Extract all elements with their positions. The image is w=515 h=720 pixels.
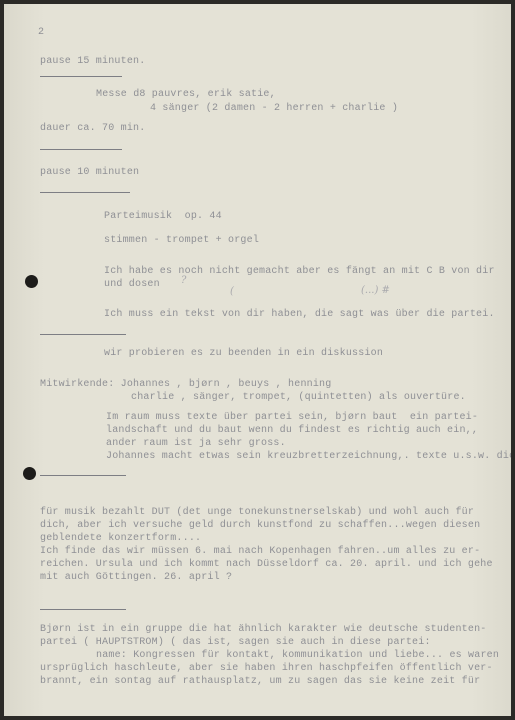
text-line: landschaft und du baut wenn du findest e… xyxy=(106,425,478,437)
text-line: Ich muss ein tekst von dir haben, die sa… xyxy=(104,309,495,321)
text-line: reichen. Ursula und ich kommt nach Düsse… xyxy=(40,559,493,571)
divider xyxy=(40,609,126,610)
text-line: Parteimusik op. 44 xyxy=(104,211,222,223)
divider xyxy=(40,475,126,476)
text-line: ursprüglich haschleute, aber sie haben i… xyxy=(40,663,493,675)
text-line: Im raum muss texte über partei sein, bjø… xyxy=(106,412,478,424)
text-line: Messe d8 pauvres, erik satie, xyxy=(96,89,276,101)
text-line: stimmen - trompet + orgel xyxy=(104,235,259,247)
text-line: name: Kongressen für kontakt, kommunikat… xyxy=(96,650,499,662)
text-line: partei ( HAUPTSTROM) ( das ist, sagen si… xyxy=(40,637,431,649)
text-line: Ich habe es noch nicht gemacht aber es f… xyxy=(104,266,495,278)
text-line: Mitwirkende: Johannes , bjørn , beuys , … xyxy=(40,379,331,391)
text-line: dich, aber ich versuche geld durch kunst… xyxy=(40,520,480,532)
punch-hole xyxy=(23,467,36,480)
divider xyxy=(40,149,122,150)
text-line: ander raum ist ja sehr gross. xyxy=(106,438,286,450)
text-line: Ich finde das wir müssen 6. mai nach Kop… xyxy=(40,546,480,558)
text-line: mit auch Göttingen. 26. april ? xyxy=(40,572,232,584)
text-line: geblendete konzertform.... xyxy=(40,533,201,545)
text-line: pause 10 minuten xyxy=(40,167,139,179)
punch-hole xyxy=(25,275,38,288)
text-line: Johannes macht etwas sein kreuzbretterze… xyxy=(106,451,511,463)
handwritten-mark: ? xyxy=(181,275,186,286)
divider xyxy=(40,192,130,193)
text-line: pause 15 minuten. xyxy=(40,56,145,68)
text-line: wir probieren es zu beenden in ein disku… xyxy=(104,348,383,360)
handwritten-mark: (...) # xyxy=(361,285,390,296)
text-line: charlie , sänger, trompet, (quintetten) … xyxy=(131,392,466,404)
text-line: und dosen xyxy=(104,279,160,291)
divider xyxy=(40,76,122,77)
text-line: Bjørn ist in ein gruppe die hat ähnlich … xyxy=(40,624,486,636)
text-line: 4 sänger (2 damen - 2 herren + charlie ) xyxy=(150,103,398,115)
document-page: 2 pause 15 minuten. Messe d8 pauvres, er… xyxy=(4,4,511,716)
text-line: dauer ca. 70 min. xyxy=(40,123,145,135)
text-line: für musik bezahlt DUT (det unge tonekuns… xyxy=(40,507,474,519)
handwritten-mark: ( xyxy=(230,286,234,297)
text-line: brannt, ein sontag auf rathausplatz, um … xyxy=(40,676,480,688)
page-number: 2 xyxy=(38,27,44,39)
divider xyxy=(40,334,126,335)
